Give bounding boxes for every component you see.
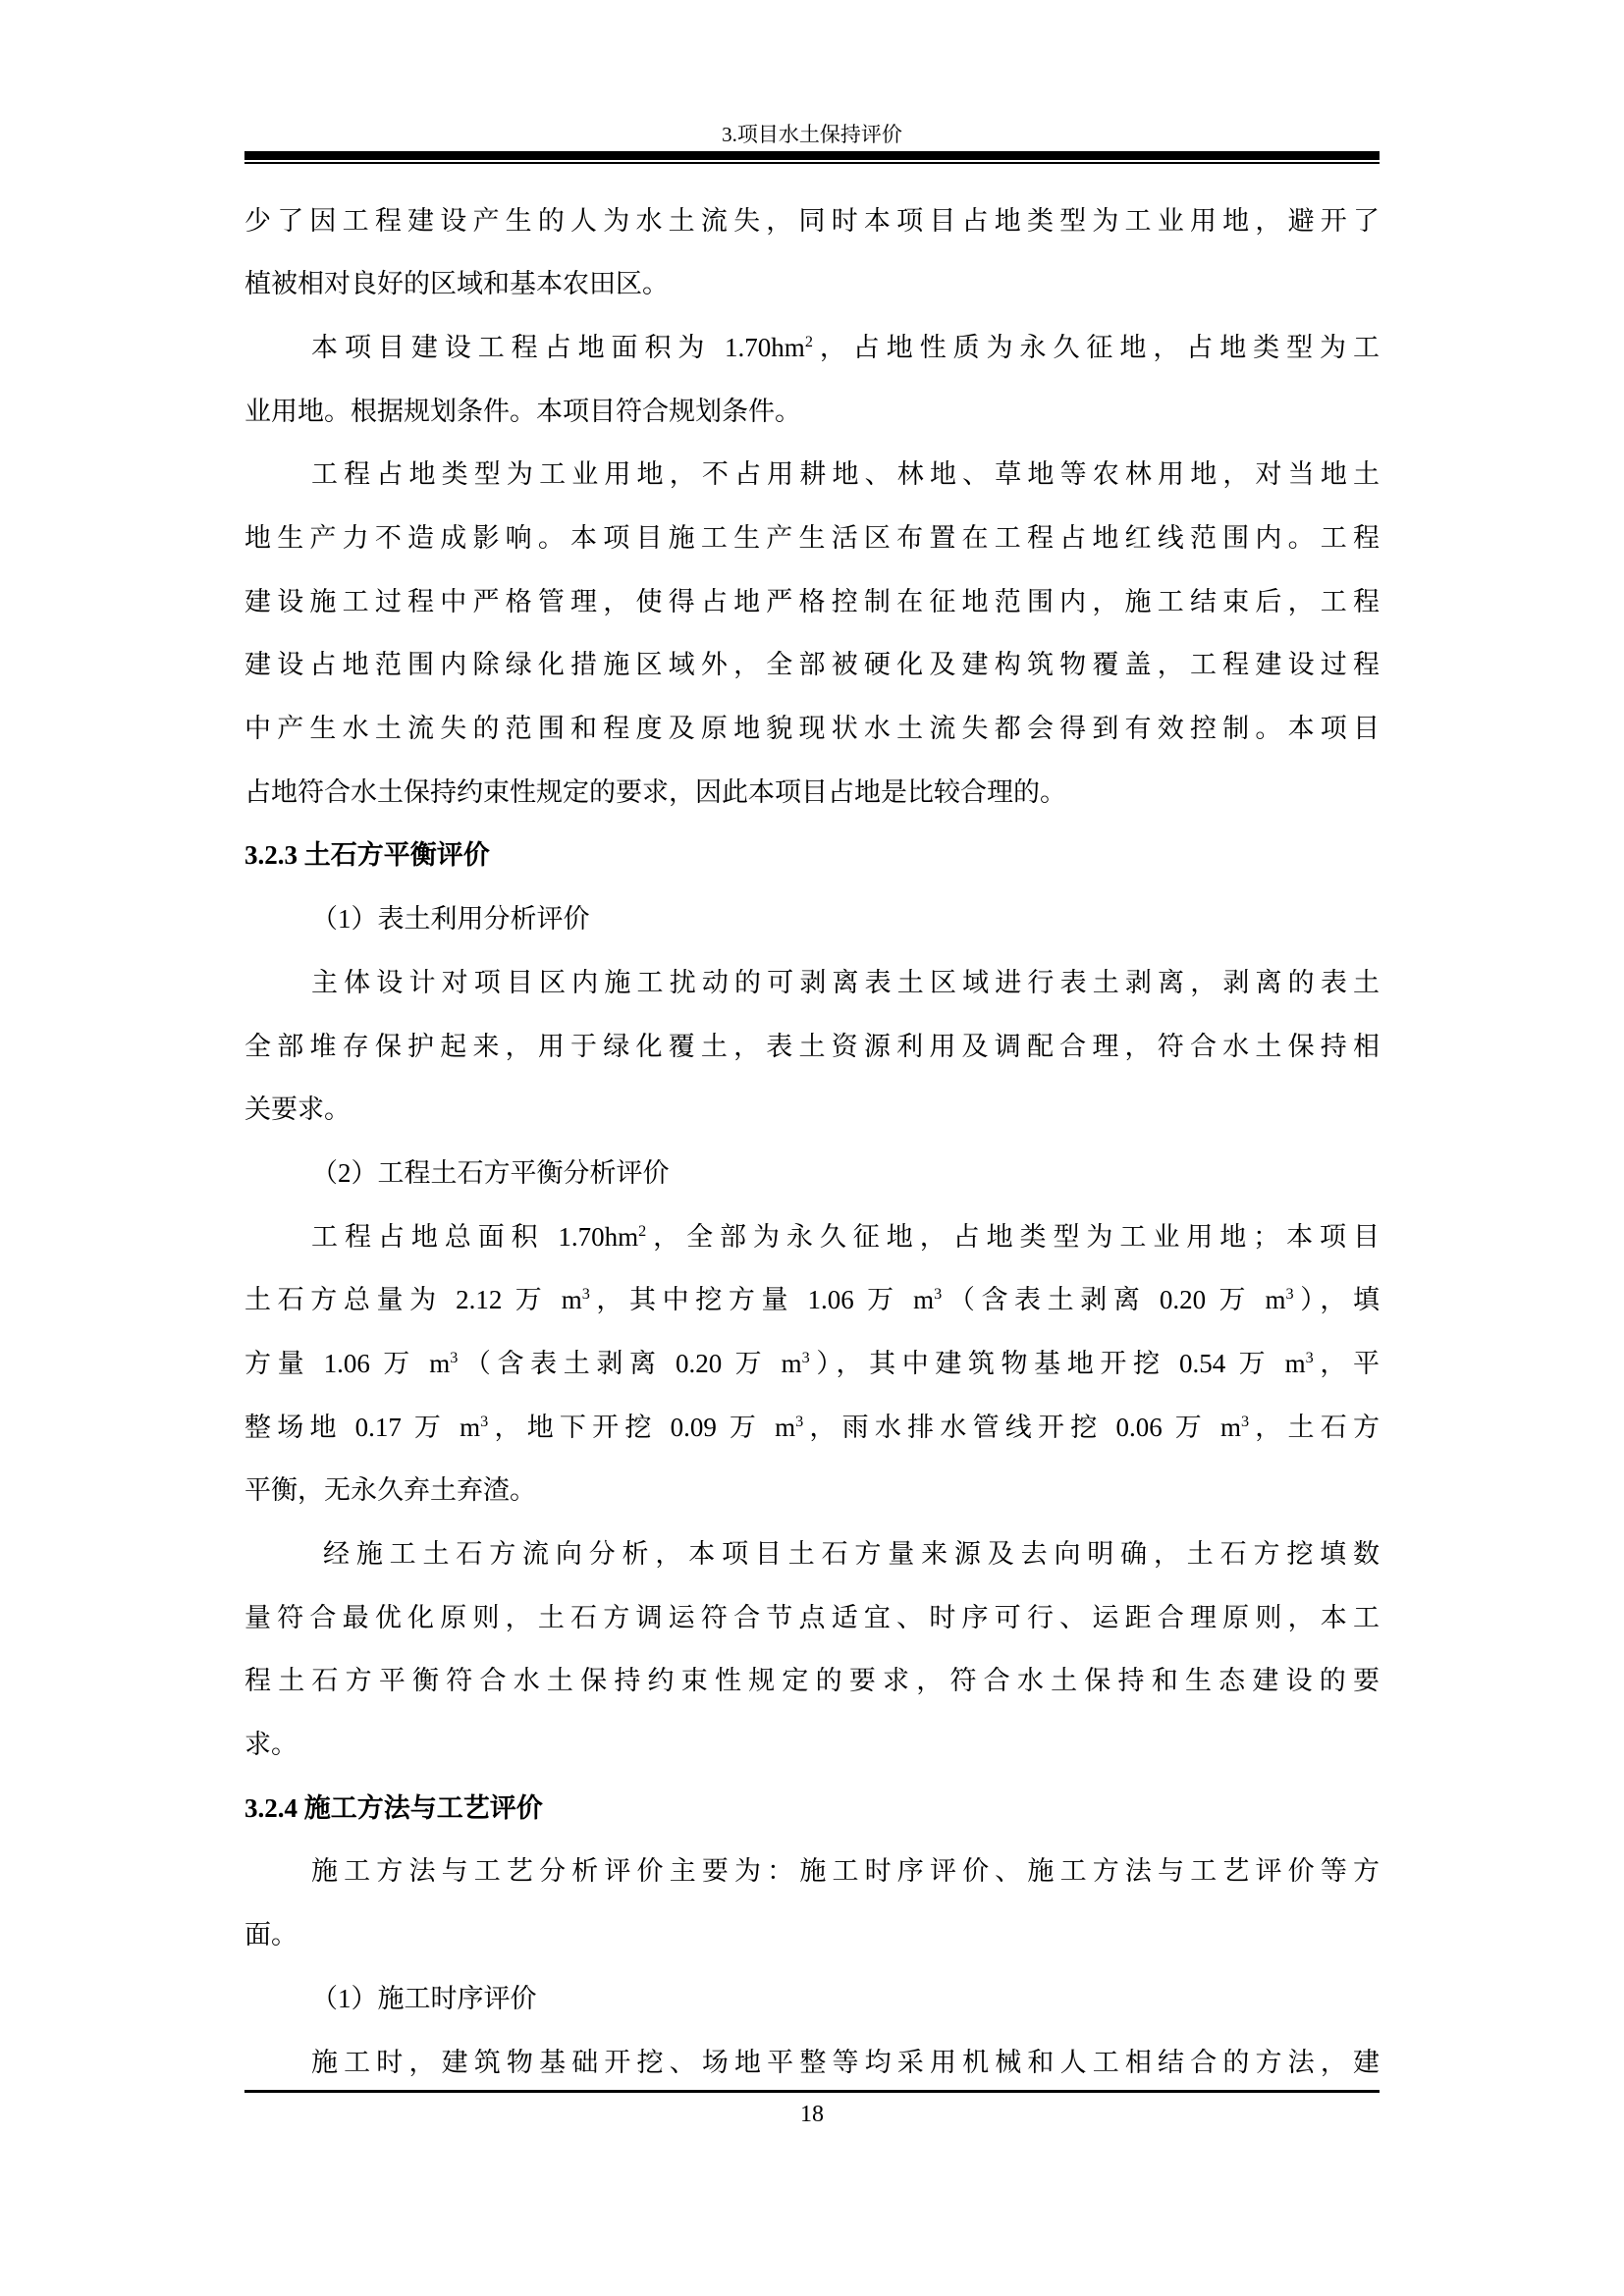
subsection-heading: （1）施工时序评价 <box>244 1967 1380 2031</box>
text-line: 方量 1.06 万 m3（含表土剥离 0.20 万 m3），其中建筑物基地开挖 … <box>244 1332 1380 1396</box>
text-line: 量符合最优化原则，土石方调运符合节点适宜、时序可行、运距合理原则，本工 <box>244 1586 1380 1650</box>
text-line: 面。 <box>244 1903 1380 1967</box>
paragraph-first-line: 经施工土石方流向分析，本项目土石方量来源及去向明确，土石方挖填数 <box>244 1522 1380 1586</box>
paragraph-first-line: 主体设计对项目区内施工扰动的可剥离表土区域进行表土剥离，剥离的表土 <box>244 951 1380 1015</box>
subsection-heading: （1）表土利用分析评价 <box>244 887 1380 951</box>
text-line: 程土石方平衡符合水土保持约束性规定的要求，符合水土保持和生态建设的要 <box>244 1649 1380 1713</box>
text-line: 业用地。根据规划条件。本项目符合规划条件。 <box>244 380 1380 444</box>
paragraph-first-line: 本项目建设工程占地面积为 1.70hm2，占地性质为永久征地，占地类型为工 <box>244 316 1380 380</box>
text-line: 中产生水土流失的范围和程度及原地貌现状水土流失都会得到有效控制。本项目 <box>244 697 1380 761</box>
text-line: 求。 <box>244 1713 1380 1777</box>
text-line: 地生产力不造成影响。本项目施工生产生活区布置在工程占地红线范围内。工程 <box>244 507 1380 570</box>
text-line: 平衡，无永久弃土弃渣。 <box>244 1459 1380 1522</box>
text-line: 建设施工过程中严格管理，使得占地严格控制在征地范围内，施工结束后，工程 <box>244 570 1380 634</box>
text-line: 占地符合水土保持约束性规定的要求，因此本项目占地是比较合理的。 <box>244 761 1380 825</box>
paragraph-first-line: 工程占地类型为工业用地，不占用耕地、林地、草地等农林用地，对当地土 <box>244 443 1380 507</box>
text-line: 关要求。 <box>244 1078 1380 1142</box>
paragraph-first-line: 施工方法与工艺分析评价主要为：施工时序评价、施工方法与工艺评价等方 <box>244 1840 1380 1903</box>
running-header: 3.项目水土保持评价 <box>244 120 1380 149</box>
paragraph-first-line: 工程占地总面积 1.70hm2，全部为永久征地，占地类型为工业用地；本项目 <box>244 1205 1380 1269</box>
paragraph-first-line: 施工时，建筑物基础开挖、场地平整等均采用机械和人工相结合的方法，建 <box>244 2031 1380 2095</box>
section-heading: 3.2.3 土石方平衡评价 <box>244 824 1380 887</box>
header-rule-thick <box>244 151 1380 160</box>
page-number: 18 <box>244 2100 1380 2129</box>
document-body: 少了因工程建设产生的人为水土流失，同时本项目占地类型为工业用地，避开了植被相对良… <box>244 189 1380 2095</box>
subsection-heading: （2）工程土石方平衡分析评价 <box>244 1142 1380 1205</box>
header-rule-thin <box>244 162 1380 165</box>
text-line: 全部堆存保护起来，用于绿化覆土，表土资源利用及调配合理，符合水土保持相 <box>244 1015 1380 1079</box>
text-line: 少了因工程建设产生的人为水土流失，同时本项目占地类型为工业用地，避开了 <box>244 189 1380 253</box>
section-heading: 3.2.4 施工方法与工艺评价 <box>244 1777 1380 1841</box>
text-line: 建设占地范围内除绿化措施区域外，全部被硬化及建构筑物覆盖，工程建设过程 <box>244 633 1380 697</box>
text-line: 土石方总量为 2.12 万 m3，其中挖方量 1.06 万 m3（含表土剥离 0… <box>244 1268 1380 1332</box>
text-line: 整场地 0.17 万 m3，地下开挖 0.09 万 m3，雨水排水管线开挖 0.… <box>244 1396 1380 1460</box>
footer-rule <box>244 2090 1380 2093</box>
text-line: 植被相对良好的区域和基本农田区。 <box>244 252 1380 316</box>
